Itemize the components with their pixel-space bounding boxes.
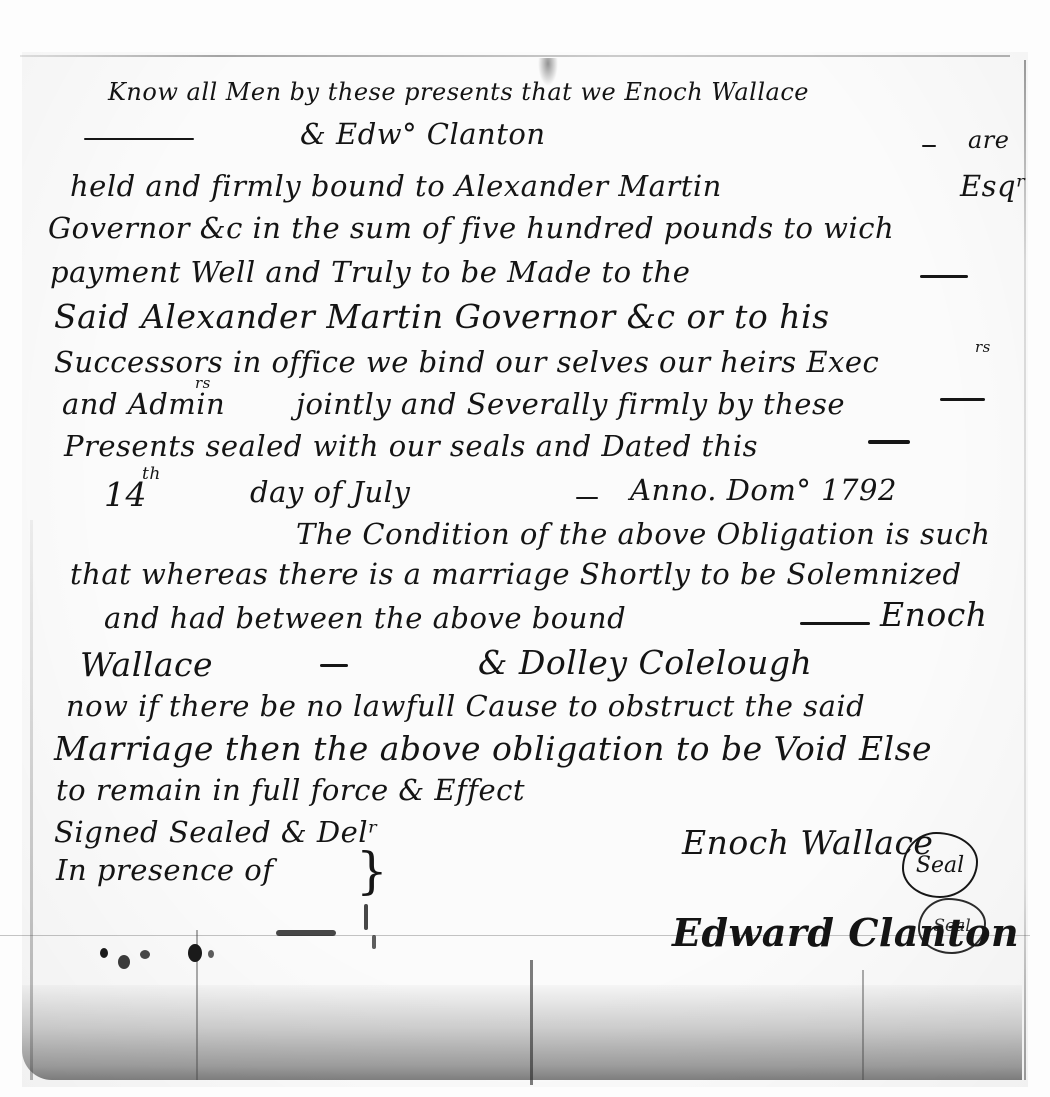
paper-top-edge	[20, 55, 1010, 57]
text-wallace: Wallace	[80, 648, 213, 681]
seal-label: Seal	[933, 916, 970, 936]
text-line-condition: The Condition of the above Obligation is…	[296, 520, 990, 549]
text-enoch: Enoch	[880, 598, 987, 631]
text-day-of-july: day of July	[250, 478, 410, 507]
fold-line-vertical	[530, 960, 533, 1085]
ink-blot	[372, 935, 376, 949]
ink-blot	[118, 955, 130, 969]
ink-blot	[208, 950, 214, 958]
text-line-successors: Successors in office we bind our selves …	[54, 348, 879, 377]
text-line-full-force: to remain in full force & Effect	[56, 776, 525, 805]
ink-blot	[364, 904, 368, 930]
ink-blot	[140, 950, 150, 959]
witness-brace: }	[356, 842, 388, 900]
ink-blot	[188, 944, 202, 962]
dash	[940, 398, 985, 401]
text-signed-sealed: Signed Sealed & Delʳ	[54, 818, 379, 847]
dash	[576, 497, 598, 499]
dash	[868, 440, 910, 444]
text-dolley-colelough: & Dolley Colelough	[478, 646, 812, 679]
text-anno-domini: Anno. Dom° 1792	[630, 476, 897, 505]
ink-blot	[100, 948, 108, 958]
superscript-administrators: rs	[195, 376, 211, 391]
dash	[800, 622, 870, 625]
text-line-said-alexander: Said Alexander Martin Governor &c or to …	[54, 300, 830, 333]
superscript-executors: rs	[975, 340, 991, 355]
text-line-whereas-marriage: that whereas there is a marriage Shortly…	[70, 560, 962, 589]
dash	[920, 275, 968, 278]
seal-label: Seal	[916, 853, 964, 878]
text-line-had-between: and had between the above bound	[104, 604, 626, 633]
stained-bottom-band	[22, 985, 1022, 1080]
text-line-presents-sealed: Presents sealed with our seals and Dated…	[64, 432, 758, 461]
signature-enoch-wallace: Enoch Wallace	[682, 826, 933, 859]
dash	[320, 664, 348, 667]
dash	[922, 145, 936, 147]
text-line-payment: payment Well and Truly to be Made to the	[50, 258, 690, 287]
text-day-number: 14	[104, 478, 147, 511]
paper-right-edge	[1024, 60, 1026, 1080]
text-line-marriage-void: Marriage then the above obligation to be…	[54, 732, 932, 765]
text-in-presence-of: In presence of	[56, 856, 273, 885]
rule-line	[84, 138, 194, 140]
fold-line-vertical	[862, 970, 864, 1080]
text-line-held-firmly: held and firmly bound to Alexander Marti…	[70, 172, 722, 201]
text-line-lawfull-cause: now if there be no lawfull Cause to obst…	[66, 692, 865, 721]
text-line-governor-sum: Governor &c in the sum of five hundred p…	[48, 214, 894, 243]
text-are: are	[968, 128, 1009, 152]
text-line-jointly: jointly and Severally firmly by these	[296, 390, 845, 419]
text-line-clanton: & Edw° Clanton	[300, 120, 546, 149]
text-esqr: Esqʳ	[960, 172, 1027, 201]
text-line-admin: and Admin	[62, 390, 225, 419]
text-line-know-all-men: Know all Men by these presents that we E…	[108, 80, 809, 104]
scanned-page: Know all Men by these presents that we E…	[0, 0, 1050, 1097]
ink-blot	[276, 930, 336, 936]
superscript-th: th	[142, 466, 161, 483]
